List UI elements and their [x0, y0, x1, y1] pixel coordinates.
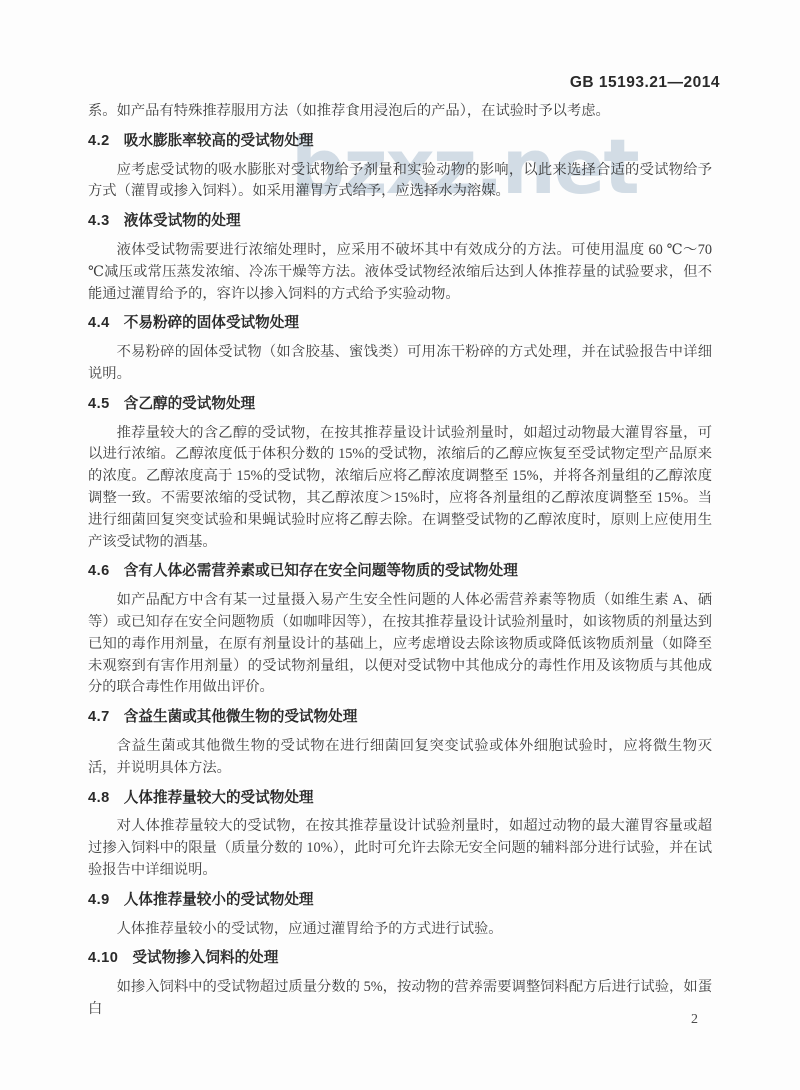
section-paragraph: 人体推荐量较小的受试物，应通过灌胃给予的方式进行试验。 [88, 919, 712, 941]
section-heading: 4.4 不易粉碎的固体受试物处理 [88, 313, 712, 335]
section-number: 4.5 [88, 394, 110, 416]
section-number: 4.4 [88, 313, 110, 335]
section-heading: 4.10 受试物掺入饲料的处理 [88, 948, 712, 970]
section-paragraph: 应考虑受试物的吸水膨胀对受试物给予剂量和实验动物的影响，以此来选择合适的受试物给… [88, 160, 712, 204]
section-heading: 4.7 含益生菌或其他微生物的受试物处理 [88, 707, 712, 729]
standard-number-header: GB 15193.21—2014 [570, 74, 720, 92]
section: 4.6 含有人体必需营养素或已知存在安全问题等物质的受试物处理 如产品配方中含有… [88, 561, 712, 699]
section-paragraph: 如掺入饲料中的受试物超过质量分数的 5%，按动物的营养需要调整饲料配方后进行试验… [88, 977, 712, 1021]
section-number: 4.2 [88, 131, 110, 153]
page-number: 2 [691, 1012, 698, 1028]
section: 4.9 人体推荐量较小的受试物处理 人体推荐量较小的受试物，应通过灌胃给予的方式… [88, 890, 712, 941]
section-number: 4.7 [88, 707, 110, 729]
section: 4.3 液体受试物的处理 液体受试物需要进行浓缩处理时，应采用不破坏其中有效成分… [88, 211, 712, 305]
section-paragraph: 如产品配方中含有某一过量摄入易产生安全性问题的人体必需营养素等物质（如维生素 A… [88, 590, 712, 699]
section-title: 含有人体必需营养素或已知存在安全问题等物质的受试物处理 [124, 561, 518, 583]
section: 4.4 不易粉碎的固体受试物处理 不易粉碎的固体受试物（如含胶基、蜜饯类）可用冻… [88, 313, 712, 385]
document-page: bzxz.net GB 15193.21—2014 系。如产品有特殊推荐服用方法… [0, 0, 800, 1090]
section-paragraph: 液体受试物需要进行浓缩处理时，应采用不破坏其中有效成分的方法。可使用温度 60 … [88, 240, 712, 305]
section-paragraph: 不易粉碎的固体受试物（如含胶基、蜜饯类）可用冻干粉碎的方式处理，并在试验报告中详… [88, 342, 712, 386]
section-title: 液体受试物的处理 [124, 211, 241, 233]
sections-container: 4.2 吸水膨胀率较高的受试物处理 应考虑受试物的吸水膨胀对受试物给予剂量和实验… [88, 131, 712, 1021]
section-title: 含益生菌或其他微生物的受试物处理 [124, 707, 358, 729]
section-title: 含乙醇的受试物处理 [124, 394, 255, 416]
section-title: 不易粉碎的固体受试物处理 [124, 313, 299, 335]
section-paragraph: 含益生菌或其他微生物的受试物在进行细菌回复突变试验或体外细胞试验时，应将微生物灭… [88, 736, 712, 780]
section-title: 人体推荐量较大的受试物处理 [124, 788, 314, 810]
section-heading: 4.8 人体推荐量较大的受试物处理 [88, 788, 712, 810]
section-heading: 4.6 含有人体必需营养素或已知存在安全问题等物质的受试物处理 [88, 561, 712, 583]
section-number: 4.9 [88, 890, 110, 912]
section: 4.2 吸水膨胀率较高的受试物处理 应考虑受试物的吸水膨胀对受试物给予剂量和实验… [88, 131, 712, 203]
section-number: 4.6 [88, 561, 110, 583]
section-heading: 4.5 含乙醇的受试物处理 [88, 394, 712, 416]
section-heading: 4.2 吸水膨胀率较高的受试物处理 [88, 131, 712, 153]
document-body: 系。如产品有特殊推荐服用方法（如推荐食用浸泡后的产品），在试验时予以考虑。 4.… [88, 101, 712, 1021]
section-number: 4.10 [88, 948, 118, 970]
continuation-paragraph: 系。如产品有特殊推荐服用方法（如推荐食用浸泡后的产品），在试验时予以考虑。 [88, 101, 712, 123]
section-title: 受试物掺入饲料的处理 [132, 948, 278, 970]
section-number: 4.8 [88, 788, 110, 810]
section: 4.7 含益生菌或其他微生物的受试物处理 含益生菌或其他微生物的受试物在进行细菌… [88, 707, 712, 779]
section: 4.8 人体推荐量较大的受试物处理 对人体推荐量较大的受试物，在按其推荐量设计试… [88, 788, 712, 882]
section-paragraph: 对人体推荐量较大的受试物，在按其推荐量设计试验剂量时，如超过动物的最大灌胃容量或… [88, 816, 712, 881]
section: 4.5 含乙醇的受试物处理 推荐量较大的含乙醇的受试物，在按其推荐量设计试验剂量… [88, 394, 712, 554]
section-title: 人体推荐量较小的受试物处理 [124, 890, 314, 912]
section-number: 4.3 [88, 211, 110, 233]
section-heading: 4.9 人体推荐量较小的受试物处理 [88, 890, 712, 912]
section-heading: 4.3 液体受试物的处理 [88, 211, 712, 233]
section-paragraph: 推荐量较大的含乙醇的受试物，在按其推荐量设计试验剂量时，如超过动物最大灌胃容量，… [88, 423, 712, 554]
section: 4.10 受试物掺入饲料的处理 如掺入饲料中的受试物超过质量分数的 5%，按动物… [88, 948, 712, 1020]
section-title: 吸水膨胀率较高的受试物处理 [124, 131, 314, 153]
